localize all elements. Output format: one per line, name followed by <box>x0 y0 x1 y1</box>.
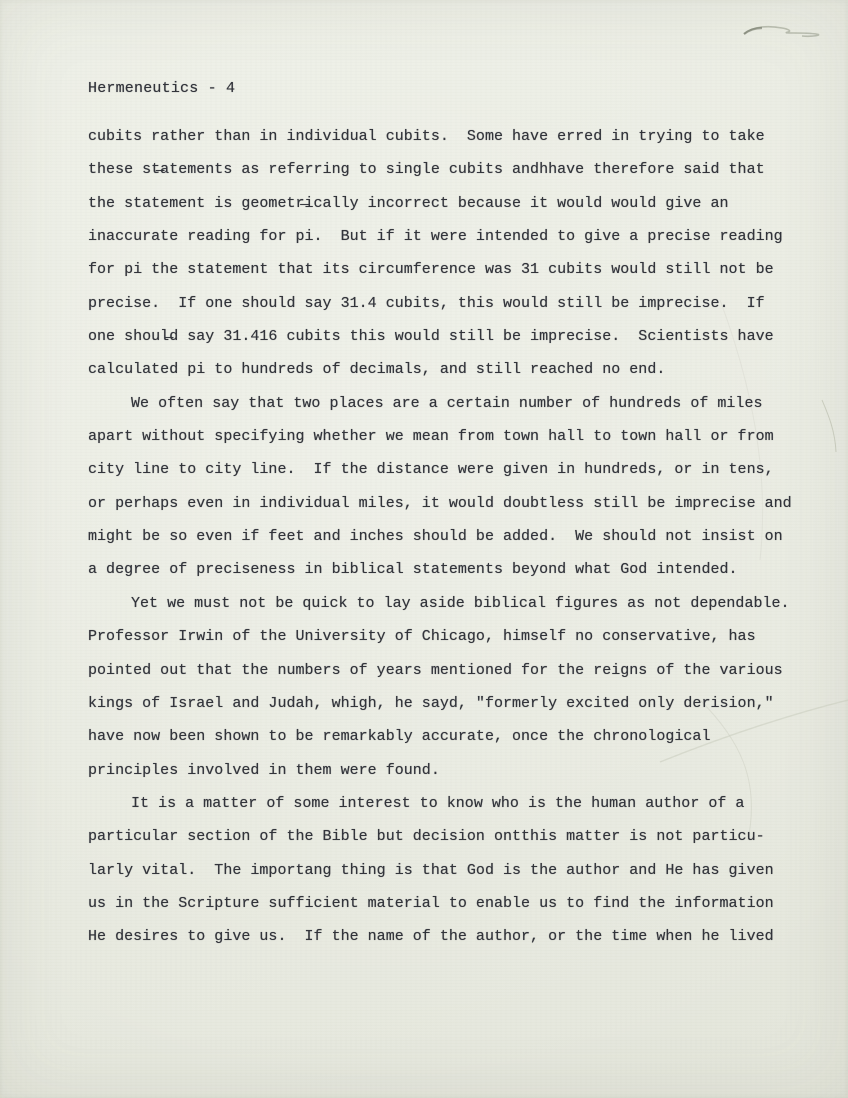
typed-line: one shoul̶d say 31.416 cubits this would… <box>88 320 798 353</box>
typed-line: calculated pi to hundreds of decimals, a… <box>88 353 798 386</box>
page-header: Hermeneutics - 4 <box>88 80 235 97</box>
typed-line: He desires to give us. If the name of th… <box>88 920 798 953</box>
typed-line: cubits rather than in individual cubits.… <box>88 120 798 153</box>
paper-crease <box>822 400 836 452</box>
typed-line: inaccurate reading for pi. But if it wer… <box>88 220 798 253</box>
typed-line: or perhaps even in individual miles, it … <box>88 487 798 520</box>
typed-line: a degree of preciseness in biblical stat… <box>88 553 798 586</box>
typed-line: city line to city line. If the distance … <box>88 453 798 486</box>
typed-line: us in the Scripture sufficient material … <box>88 887 798 920</box>
typed-line: pointed out that the numbers of years me… <box>88 654 798 687</box>
typed-line: have now been shown to be remarkably acc… <box>88 720 798 753</box>
typed-line: apart without specifying whether we mean… <box>88 420 798 453</box>
typed-line: Yet we must not be quick to lay aside bi… <box>88 587 798 620</box>
scanned-page: Hermeneutics - 4 cubits rather than in i… <box>0 0 848 1098</box>
pencil-mark-dark-tip <box>744 28 762 34</box>
typed-line: the statement is geometr̶ically incorrec… <box>88 187 798 220</box>
typed-line: It is a matter of some interest to know … <box>88 787 798 820</box>
typed-line: Professor Irwin of the University of Chi… <box>88 620 798 653</box>
typed-line: particular section of the Bible but deci… <box>88 820 798 853</box>
typed-line: for pi the statement that its circumfere… <box>88 253 798 286</box>
typed-line: principles involved in them were found. <box>88 754 798 787</box>
typed-line: these st̶atements as referring to single… <box>88 153 798 186</box>
typed-line: might be so even if feet and inches shou… <box>88 520 798 553</box>
typed-line: larly vital. The importang thing is that… <box>88 854 798 887</box>
typed-line: precise. If one should say 31.4 cubits, … <box>88 287 798 320</box>
document-body: cubits rather than in individual cubits.… <box>88 120 798 954</box>
typed-line: kings of Israel and Judah, whigh, he say… <box>88 687 798 720</box>
typed-line: We often say that two places are a certa… <box>88 387 798 420</box>
pencil-mark <box>744 27 819 37</box>
